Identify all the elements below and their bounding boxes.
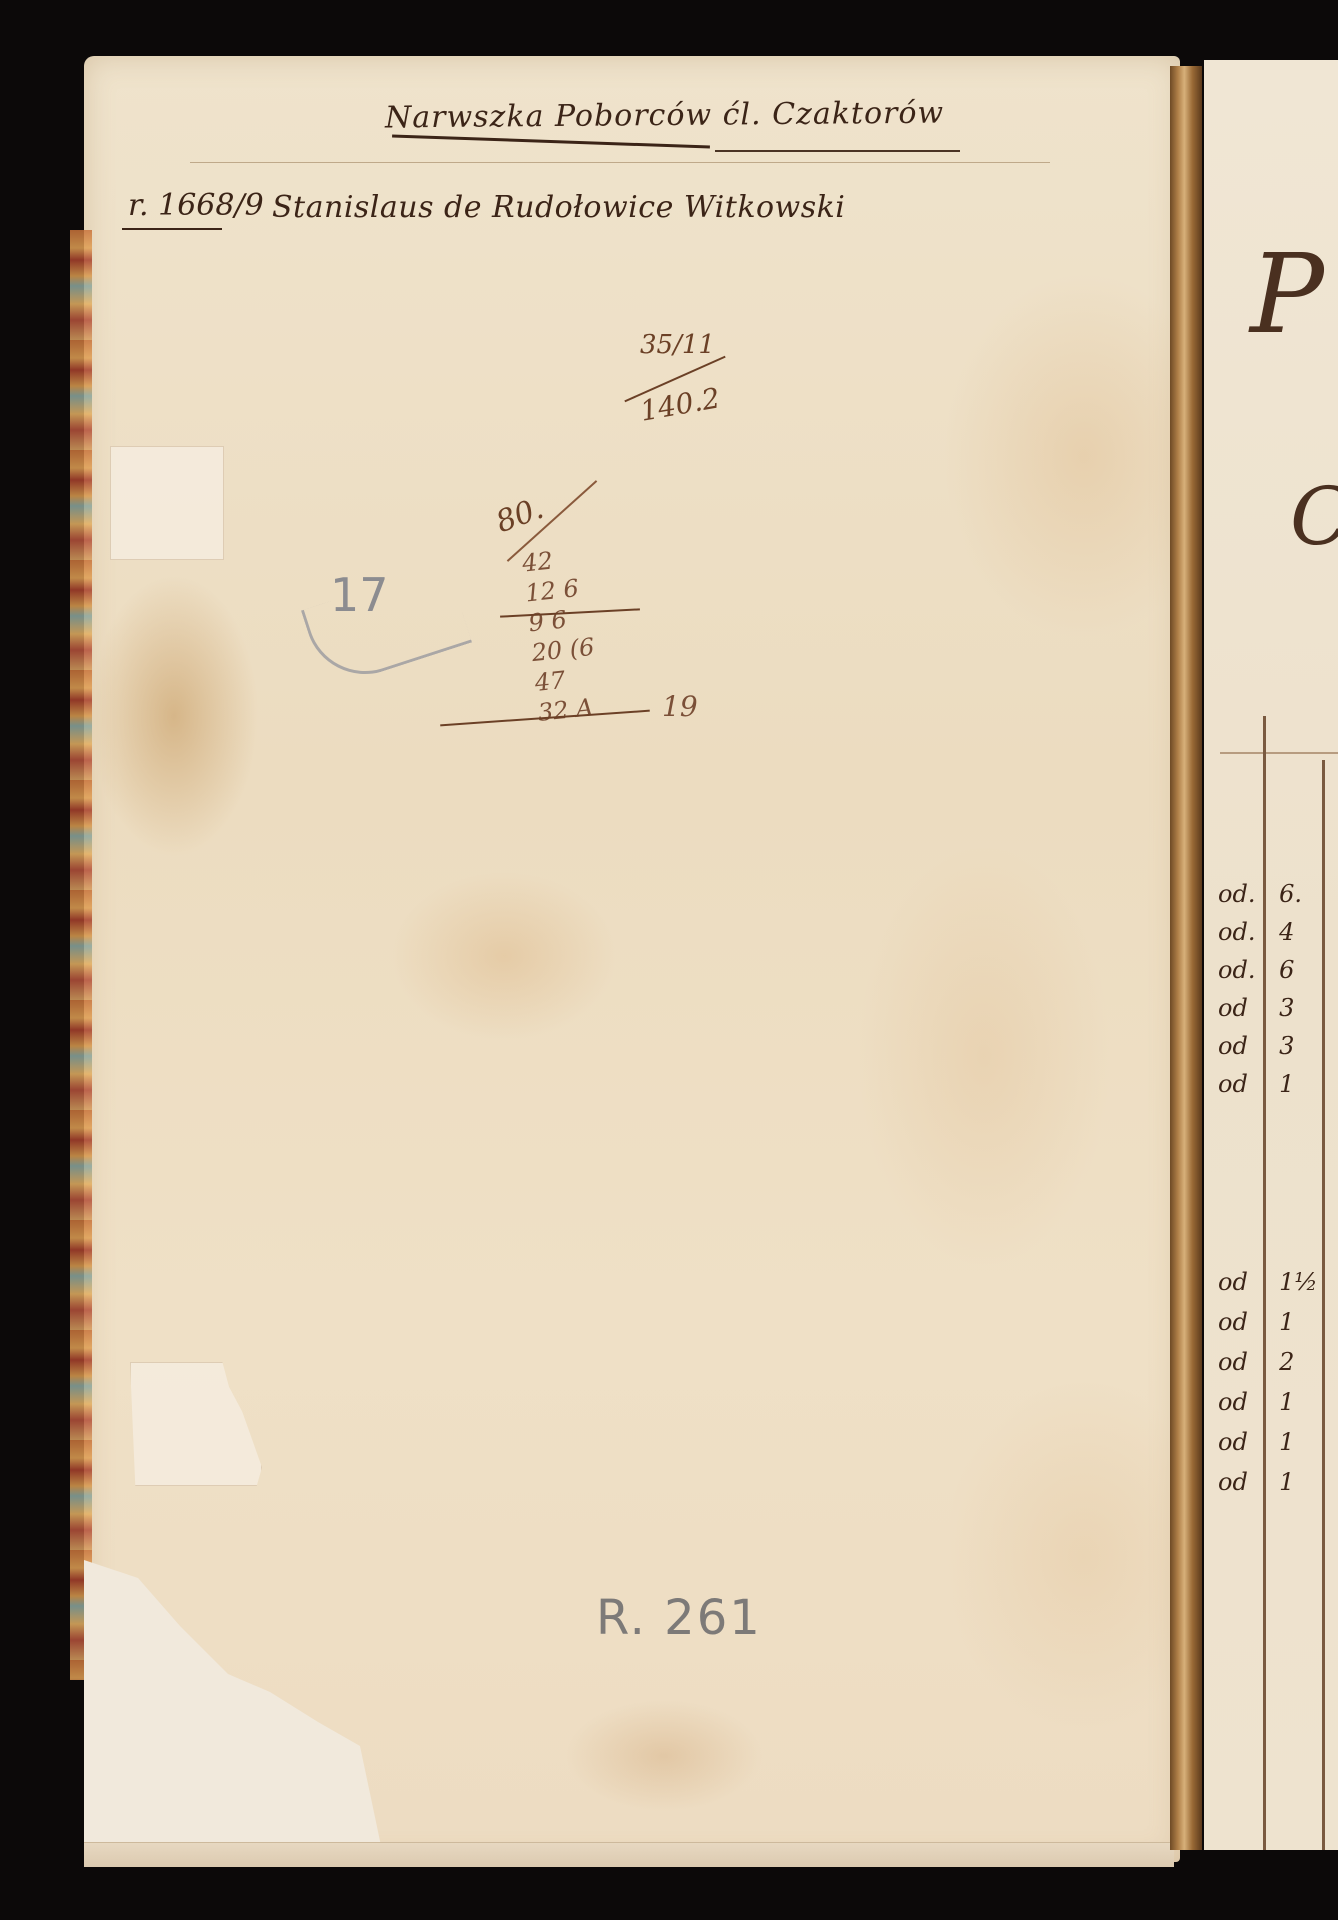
ledger-table-lower: od1½ od1 od2 od1 od1 od1 <box>1218 1268 1338 1508</box>
table-row: od1 <box>1218 1468 1338 1508</box>
table-row: od3 <box>1218 994 1338 1032</box>
script-initial: C <box>1290 470 1338 563</box>
ruled-line <box>1220 752 1338 754</box>
table-row: od.4 <box>1218 918 1338 956</box>
owner-inscription: Stanislaus de Rudołowice Witkowski <box>272 190 845 225</box>
shelfmark: R. 261 <box>596 1590 762 1646</box>
bottom-paper-band <box>84 1842 1174 1867</box>
table-row: od3 <box>1218 1032 1338 1070</box>
table-row: od1 <box>1218 1388 1338 1428</box>
ledger-table-upper: od.6. od.4 od.6 od3 od3 od1 <box>1218 880 1338 1108</box>
marbled-paper-strip <box>70 230 92 1680</box>
table-row: od.6. <box>1218 880 1338 918</box>
book-spine-gutter <box>1170 66 1202 1850</box>
title-underline <box>715 150 960 152</box>
fraction-numerator: 35/11 <box>640 330 715 360</box>
table-row: od1 <box>1218 1428 1338 1468</box>
table-row: od1½ <box>1218 1268 1338 1308</box>
year-underline <box>122 228 222 230</box>
paper-patch-top <box>110 446 224 560</box>
table-row: od1 <box>1218 1070 1338 1108</box>
script-initial: P <box>1250 230 1324 358</box>
table-row: od1 <box>1218 1308 1338 1348</box>
calculation-side-number: 19 <box>662 690 698 723</box>
label-title: Narwszka Poborców ćl. Czaktorów <box>385 96 944 136</box>
table-row: od.6 <box>1218 956 1338 994</box>
table-row: od2 <box>1218 1348 1338 1388</box>
year-inscription: r. 1668/9 <box>128 188 264 223</box>
